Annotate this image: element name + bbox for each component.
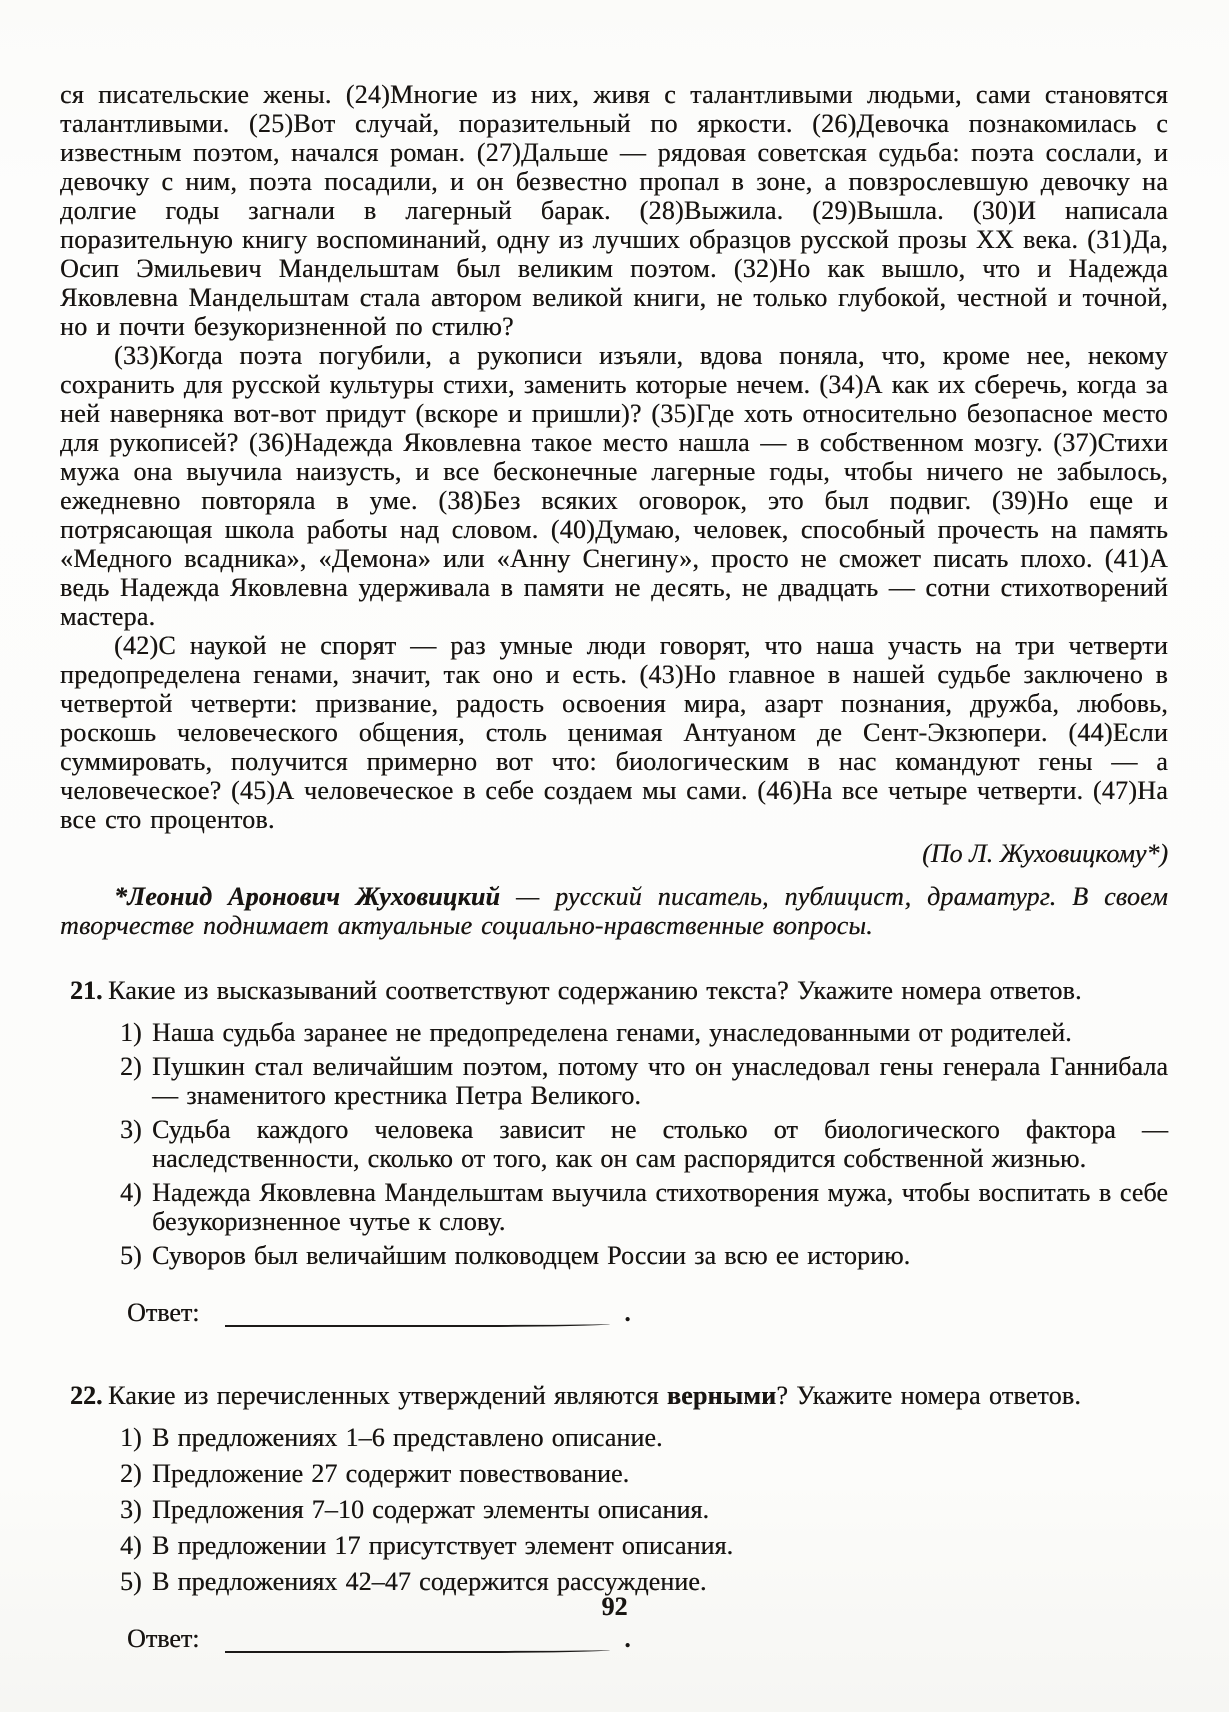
option-number: 4): [120, 1178, 152, 1236]
question-21-prompt: Какие из высказываний соответствуют соде…: [108, 976, 1168, 1005]
passage-paragraph-1: ся писательские жены. (24)Многие из них,…: [60, 80, 1168, 341]
answer-label: Ответ:: [127, 1298, 199, 1327]
question-21-answer-blank: [225, 1301, 610, 1327]
option-number: 3): [120, 1495, 152, 1524]
question-21-option-3: 3) Судьба каждого человека зависит не ст…: [60, 1115, 1168, 1173]
option-text: В предложениях 1–6 представлено описание…: [152, 1423, 1168, 1452]
option-number: 1): [120, 1423, 152, 1452]
question-21-option-2: 2) Пушкин стал величайшим поэтом, потому…: [60, 1052, 1168, 1110]
option-text: Предложения 7–10 содержат элементы описа…: [152, 1495, 1168, 1524]
question-21-option-5: 5) Суворов был величайшим полководцем Ро…: [60, 1241, 1168, 1270]
question-22-option-1: 1) В предложениях 1–6 представлено описа…: [60, 1423, 1168, 1452]
option-text: Судьба каждого человека зависит не столь…: [152, 1115, 1168, 1173]
option-number: 1): [120, 1018, 152, 1047]
answer-period: .: [624, 1298, 631, 1327]
prompt-text: Какие из перечисленных утверждений являю…: [108, 1381, 667, 1410]
question-21-answer-row: Ответ: .: [60, 1298, 1168, 1327]
question-22-options: 1) В предложениях 1–6 представлено описа…: [60, 1423, 1168, 1596]
passage-paragraph-2: (33)Когда поэта погубили, а рукописи изъ…: [60, 341, 1168, 631]
passage-attribution: (По Л. Жуховицкому*): [60, 839, 1168, 868]
question-22-option-3: 3) Предложения 7–10 содержат элементы оп…: [60, 1495, 1168, 1524]
prompt-bold-word: верными: [667, 1381, 776, 1410]
option-text: В предложении 17 присутствует элемент оп…: [152, 1531, 1168, 1560]
question-22-option-4: 4) В предложении 17 присутствует элемент…: [60, 1531, 1168, 1560]
question-22-prompt: Какие из перечисленных утверждений являю…: [108, 1381, 1168, 1410]
answer-period: .: [624, 1624, 631, 1653]
option-number: 4): [120, 1531, 152, 1560]
reading-passage: ся писательские жены. (24)Многие из них,…: [60, 80, 1168, 940]
question-22-number: 22.: [60, 1381, 108, 1410]
option-text: Суворов был величайшим полководцем Росси…: [152, 1241, 1168, 1270]
option-number: 5): [120, 1241, 152, 1270]
option-text: Пушкин стал величайшим поэтом, потому чт…: [152, 1052, 1168, 1110]
question-22-answer-row: Ответ: .: [60, 1624, 1168, 1653]
question-22-option-2: 2) Предложение 27 содержит повествование…: [60, 1459, 1168, 1488]
question-21-number: 21.: [60, 976, 108, 1005]
option-number: 2): [120, 1052, 152, 1110]
question-22-answer-blank: [225, 1627, 610, 1653]
option-number: 3): [120, 1115, 152, 1173]
author-footnote: *Леонид Аронович Жуховицкий — русский пи…: [60, 882, 1168, 940]
question-21-option-4: 4) Надежда Яковлевна Мандельштам выучила…: [60, 1178, 1168, 1236]
question-21-option-1: 1) Наша судьба заранее не предопределена…: [60, 1018, 1168, 1047]
prompt-text: ? Укажите номера ответов.: [776, 1381, 1081, 1410]
question-21: 21. Какие из высказываний соответствуют …: [60, 976, 1168, 1327]
option-text: Наша судьба заранее не предопределена ге…: [152, 1018, 1168, 1047]
page-number: 92: [0, 1592, 1229, 1621]
author-footnote-name: *Леонид Аронович Жуховицкий: [114, 882, 500, 911]
answer-label: Ответ:: [127, 1624, 199, 1653]
question-21-options: 1) Наша судьба заранее не предопределена…: [60, 1018, 1168, 1270]
passage-paragraph-3: (42)С наукой не спорят — раз умные люди …: [60, 631, 1168, 834]
option-number: 2): [120, 1459, 152, 1488]
option-text: Предложение 27 содержит повествование.: [152, 1459, 1168, 1488]
scanned-exam-page: ся писательские жены. (24)Многие из них,…: [0, 0, 1229, 1712]
option-text: Надежда Яковлевна Мандельштам выучила ст…: [152, 1178, 1168, 1236]
